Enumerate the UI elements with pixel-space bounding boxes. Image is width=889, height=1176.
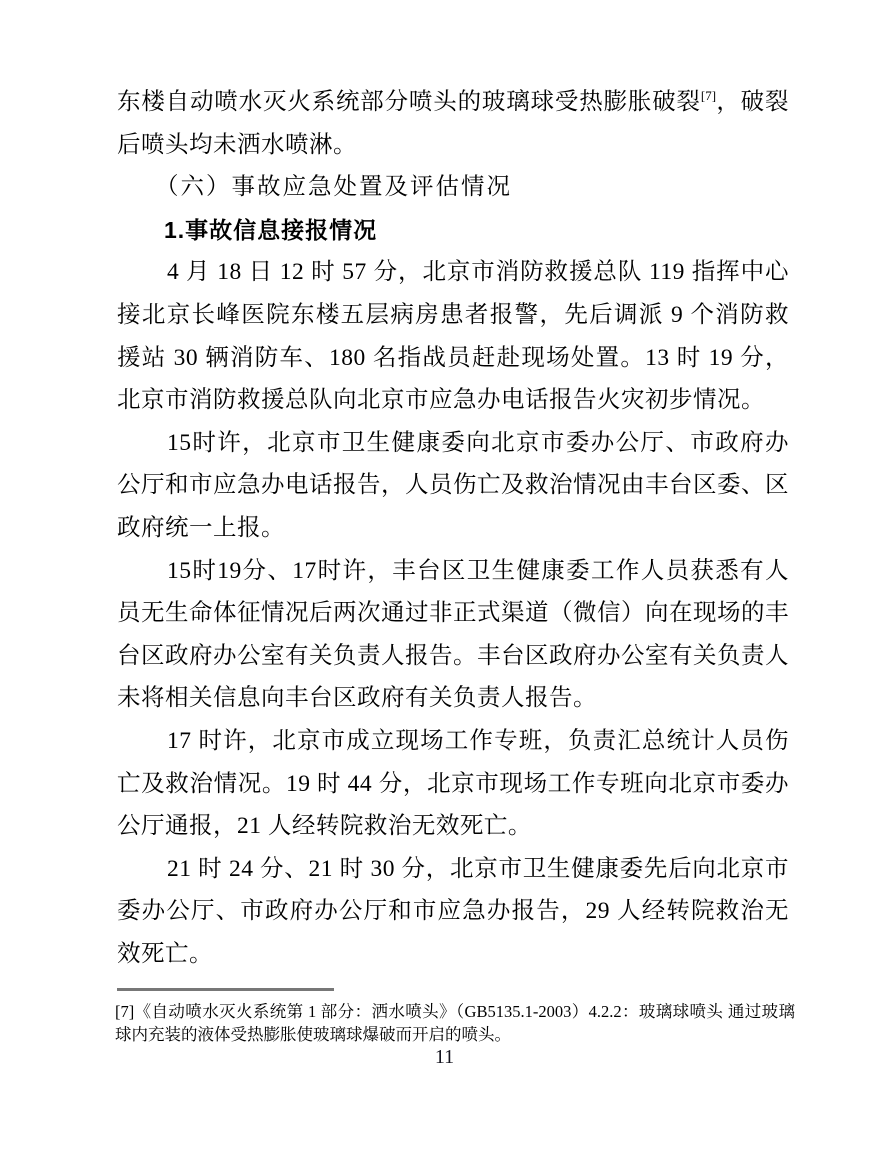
footnote: [7]《自动喷水灭火系统第 1 部分：洒水喷头》（GB5135.1-2003）4… <box>115 1001 795 1046</box>
document-body: 东楼自动喷水灭火系统部分喷头的玻璃球受热膨胀破裂[7]，破裂后喷头均未洒水喷淋。… <box>117 81 789 975</box>
paragraph: 15时许，北京市卫生健康委向北京市委办公厅、市政府办公厅和市应急办电话报告，人员… <box>117 422 789 550</box>
paragraph: 4 月 18 日 12 时 57 分，北京市消防救援总队 119 指挥中心接北京… <box>117 251 789 421</box>
footnote-text: 《自动喷水灭火系统第 1 部分：洒水喷头》（GB5135.1-2003）4.2.… <box>115 1002 795 1044</box>
section-heading: （六）事故应急处置及评估情况 <box>117 166 789 209</box>
footnote-reference: [7] <box>701 88 716 103</box>
paragraph: 21 时 24 分、21 时 30 分，北京市卫生健康委先后向北京市委办公厅、市… <box>117 848 789 976</box>
paragraph-text: 东楼自动喷水灭火系统部分喷头的玻璃球受热膨胀破裂 <box>117 89 701 115</box>
paragraph: 15时19分、17时许，丰台区卫生健康委工作人员获悉有人员无生命体征情况后两次通… <box>117 550 789 720</box>
footnote-separator <box>117 988 334 991</box>
footnote-marker: [7] <box>115 1002 134 1021</box>
page-number: 11 <box>0 1046 889 1069</box>
paragraph: 17 时许，北京市成立现场工作专班，负责汇总统计人员伤亡及救治情况。19 时 4… <box>117 720 789 848</box>
subsection-heading: 1.事故信息接报情况 <box>117 209 789 252</box>
paragraph-continuation: 东楼自动喷水灭火系统部分喷头的玻璃球受热膨胀破裂[7]，破裂后喷头均未洒水喷淋。 <box>117 81 789 166</box>
document-page: 东楼自动喷水灭火系统部分喷头的玻璃球受热膨胀破裂[7]，破裂后喷头均未洒水喷淋。… <box>0 0 889 1176</box>
footnote-area: [7]《自动喷水灭火系统第 1 部分：洒水喷头》（GB5135.1-2003）4… <box>115 988 795 1046</box>
